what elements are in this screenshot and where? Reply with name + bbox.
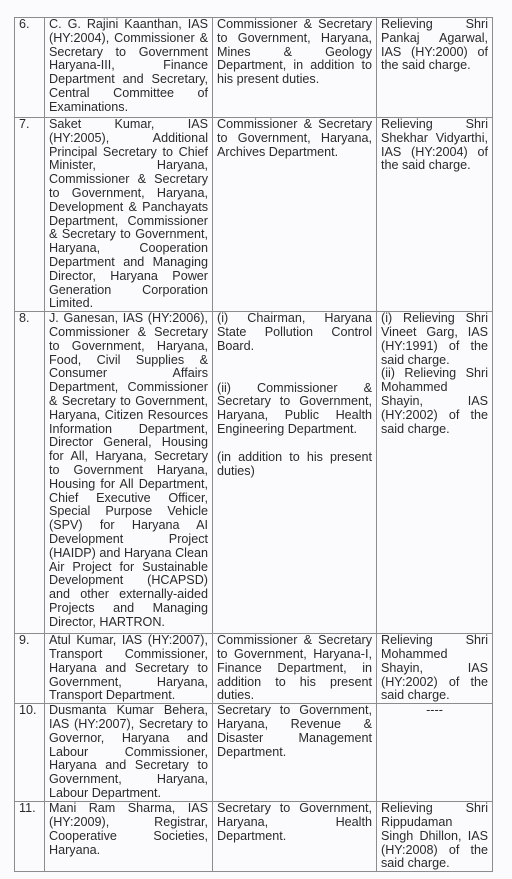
- remarks-part-2: (ii) Relieving Shri Mohammed Shayin, IAS…: [381, 367, 488, 436]
- table-row: 7. Saket Kumar, IAS (HY:2005), Additiona…: [15, 118, 493, 312]
- posting-cell: Commissioner & Secretary to Government, …: [213, 118, 377, 312]
- serial-number: 11.: [15, 802, 45, 872]
- posting-part-3: (in addition to his present duties): [217, 451, 372, 479]
- remarks-cell: Relieving Shri Rippudaman Singh Dhillon,…: [377, 802, 493, 872]
- posting-cell: Secretary to Government, Haryana, Health…: [213, 802, 377, 872]
- posting-cell: Secretary to Government, Haryana, Revenu…: [213, 704, 377, 802]
- remarks-cell: ----: [377, 704, 493, 802]
- serial-number: 9.: [15, 634, 45, 704]
- posting-part-1: (i) Chairman, Haryana State Pollution Co…: [217, 312, 372, 353]
- officer-cell: Atul Kumar, IAS (HY:2007), Transport Com…: [45, 634, 213, 704]
- no-remarks-dash: ----: [381, 704, 488, 718]
- serial-number: 7.: [15, 118, 45, 312]
- remarks-cell: Relieving Shri Mohammed Shayin, IAS (HY:…: [377, 634, 493, 704]
- table-row: 8. J. Ganesan, IAS (HY:2006), Commission…: [15, 312, 493, 634]
- table-row: 6. C. G. Rajini Kaanthan, IAS (HY:2004),…: [15, 18, 493, 118]
- transfer-orders-table: 6. C. G. Rajini Kaanthan, IAS (HY:2004),…: [14, 17, 493, 872]
- serial-number: 10.: [15, 704, 45, 802]
- officer-cell: J. Ganesan, IAS (HY:2006), Commissioner …: [45, 312, 213, 634]
- officer-cell: Dusmanta Kumar Behera, IAS (HY:2007), Se…: [45, 704, 213, 802]
- posting-cell: Commissioner & Secretary to Government, …: [213, 634, 377, 704]
- posting-cell: Commissioner & Secretary to Government, …: [213, 18, 377, 118]
- remarks-cell: Relieving Shri Shekhar Vidyarthi, IAS (H…: [377, 118, 493, 312]
- posting-cell: (i) Chairman, Haryana State Pollution Co…: [213, 312, 377, 634]
- serial-number: 6.: [15, 18, 45, 118]
- table-row: 9. Atul Kumar, IAS (HY:2007), Transport …: [15, 634, 493, 704]
- remarks-cell: (i) Relieving Shri Vineet Garg, IAS (HY:…: [377, 312, 493, 634]
- remarks-cell: Relieving Shri Pankaj Agarwal, IAS (HY:2…: [377, 18, 493, 118]
- remarks-part-1: (i) Relieving Shri Vineet Garg, IAS (HY:…: [381, 312, 488, 367]
- table-row: 11. Mani Ram Sharma, IAS (HY:2009), Regi…: [15, 802, 493, 872]
- posting-part-2: (ii) Commissioner & Secretary to Governm…: [217, 382, 372, 437]
- table-row: 10. Dusmanta Kumar Behera, IAS (HY:2007)…: [15, 704, 493, 802]
- officer-cell: C. G. Rajini Kaanthan, IAS (HY:2004), Co…: [45, 18, 213, 118]
- officer-cell: Saket Kumar, IAS (HY:2005), Additional P…: [45, 118, 213, 312]
- serial-number: 8.: [15, 312, 45, 634]
- officer-cell: Mani Ram Sharma, IAS (HY:2009), Registra…: [45, 802, 213, 872]
